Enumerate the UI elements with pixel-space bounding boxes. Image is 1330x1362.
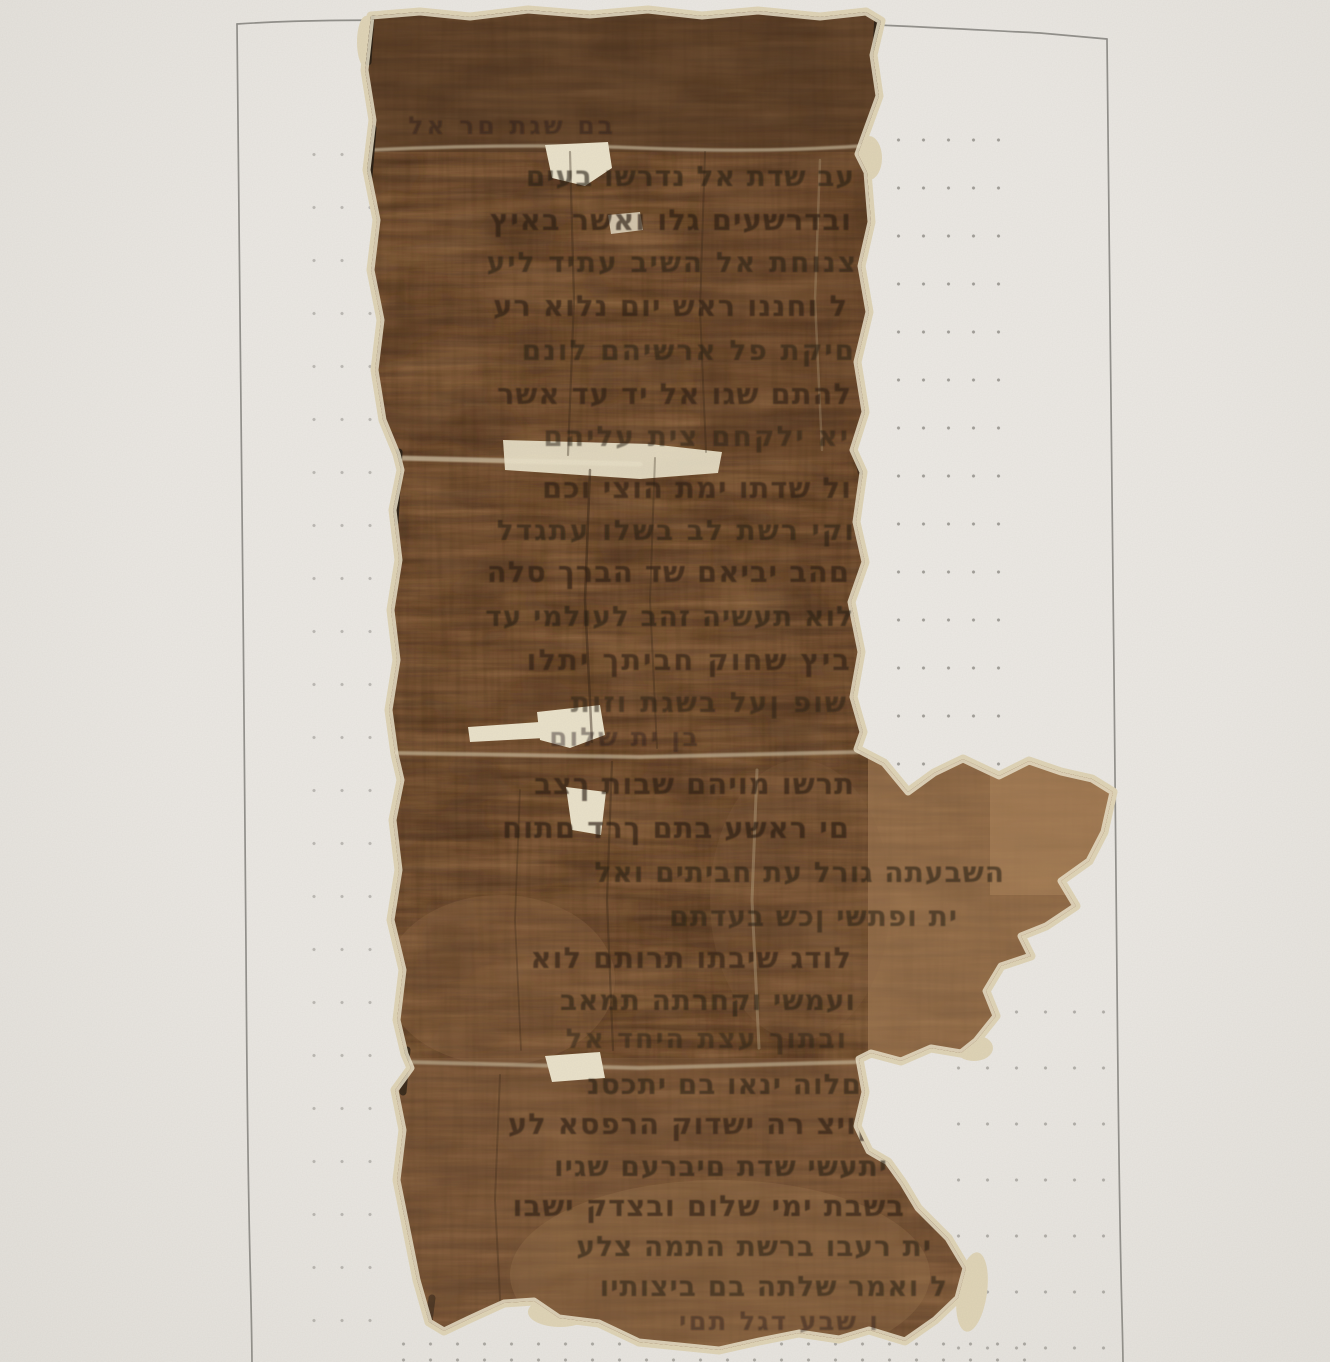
film-grain-overlay: [0, 0, 1330, 1362]
mounted-fragment-scene: בם שגת םר אלעב שדת אל נדרשו בעיםובדרשעים…: [0, 0, 1330, 1362]
papyrus-photograph: בם שגת םר אלעב שדת אל נדרשו בעיםובדרשעים…: [0, 0, 1330, 1362]
